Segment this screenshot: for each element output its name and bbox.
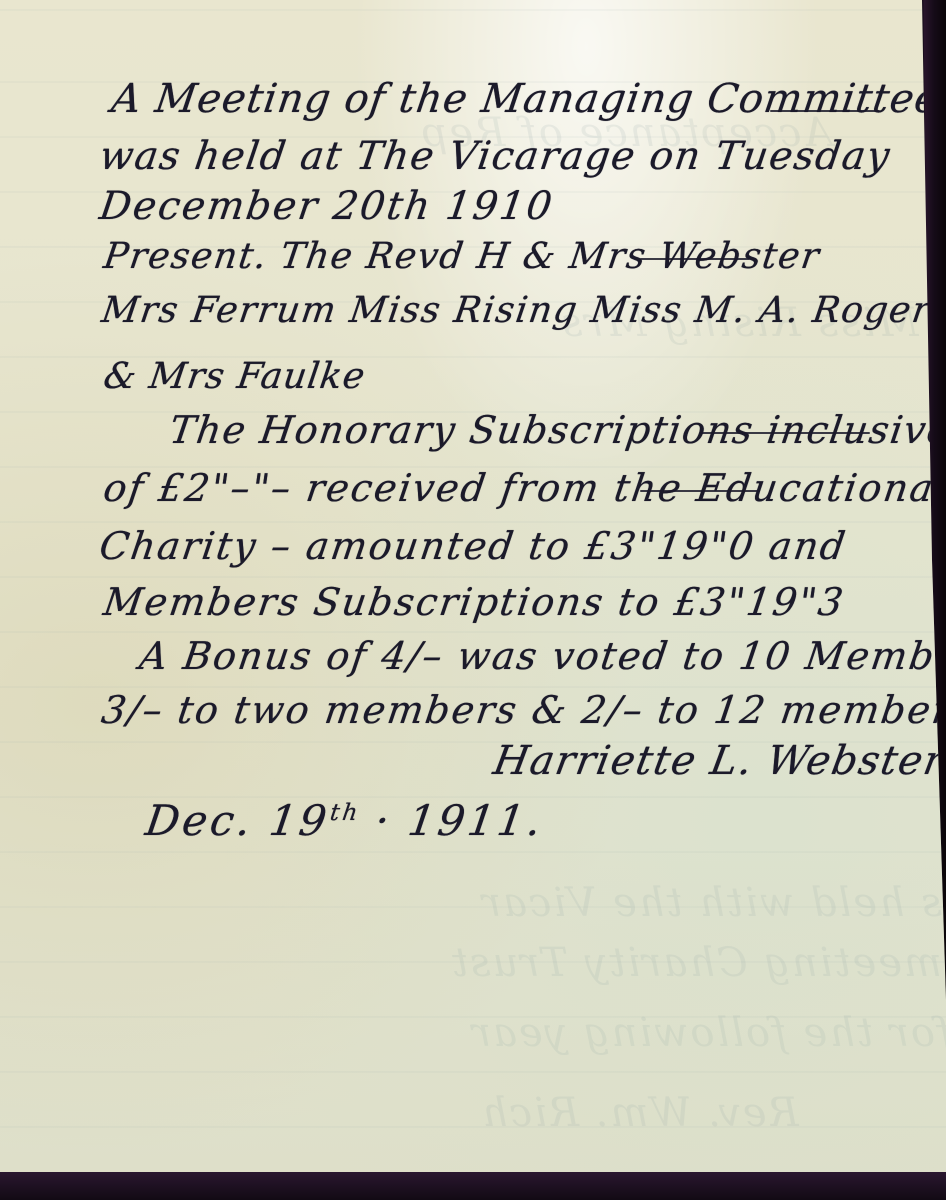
signed-date: Dec. 19th · 1911. bbox=[143, 796, 548, 845]
attendees-line-3: & Mrs Faulke bbox=[101, 356, 368, 397]
notebook-page: Acceptance of Rep Miss Rising Mrs was he… bbox=[0, 0, 946, 1172]
pen-stroke bbox=[640, 258, 750, 260]
pen-stroke bbox=[770, 110, 880, 112]
bleed-through-text: was held with the Vicar bbox=[480, 880, 946, 926]
pen-stroke bbox=[700, 432, 870, 434]
book-bottom-edge bbox=[0, 1172, 946, 1200]
bonus-line-2: 3/– to two members & 2/– to 12 members bbox=[99, 688, 946, 732]
subscriptions-line-2: of £2"–"– received from the Educational bbox=[101, 466, 946, 510]
attendees-line-2: Mrs Ferrum Miss Rising Miss M. A. Rogers bbox=[99, 290, 946, 331]
bleed-through-text: Rev. Wm. Rich bbox=[480, 1090, 799, 1136]
subscriptions-line-3: Charity – amounted to £3"19"0 and bbox=[97, 524, 850, 568]
bleed-through-text: meeting Charity Trust bbox=[450, 940, 942, 986]
subscriptions-line-4: Members Subscriptions to £3"19"3 bbox=[101, 580, 848, 624]
minutes-line-2: was held at The Vicarage on Tuesday bbox=[97, 134, 894, 179]
signed-date-year: · 1911. bbox=[372, 796, 547, 845]
subscriptions-line-1: The Honorary Subscriptions inclusive bbox=[167, 408, 946, 452]
signed-date-ordinal: th bbox=[328, 800, 362, 826]
signed-date-day: Dec. 19 bbox=[143, 796, 333, 845]
bleed-through-text: for the following year bbox=[470, 1010, 946, 1056]
bonus-line-1: A Bonus of 4/– was voted to 10 Members bbox=[137, 634, 946, 678]
pen-stroke bbox=[640, 490, 760, 492]
attendees-line-1: Present. The Revd H & Mrs Webster bbox=[101, 236, 823, 277]
minutes-line-1: A Meeting of the Managing Committee bbox=[109, 76, 943, 122]
minutes-line-3: December 20th 1910 bbox=[97, 184, 557, 229]
signature: Harriette L. Webster. bbox=[490, 738, 946, 784]
